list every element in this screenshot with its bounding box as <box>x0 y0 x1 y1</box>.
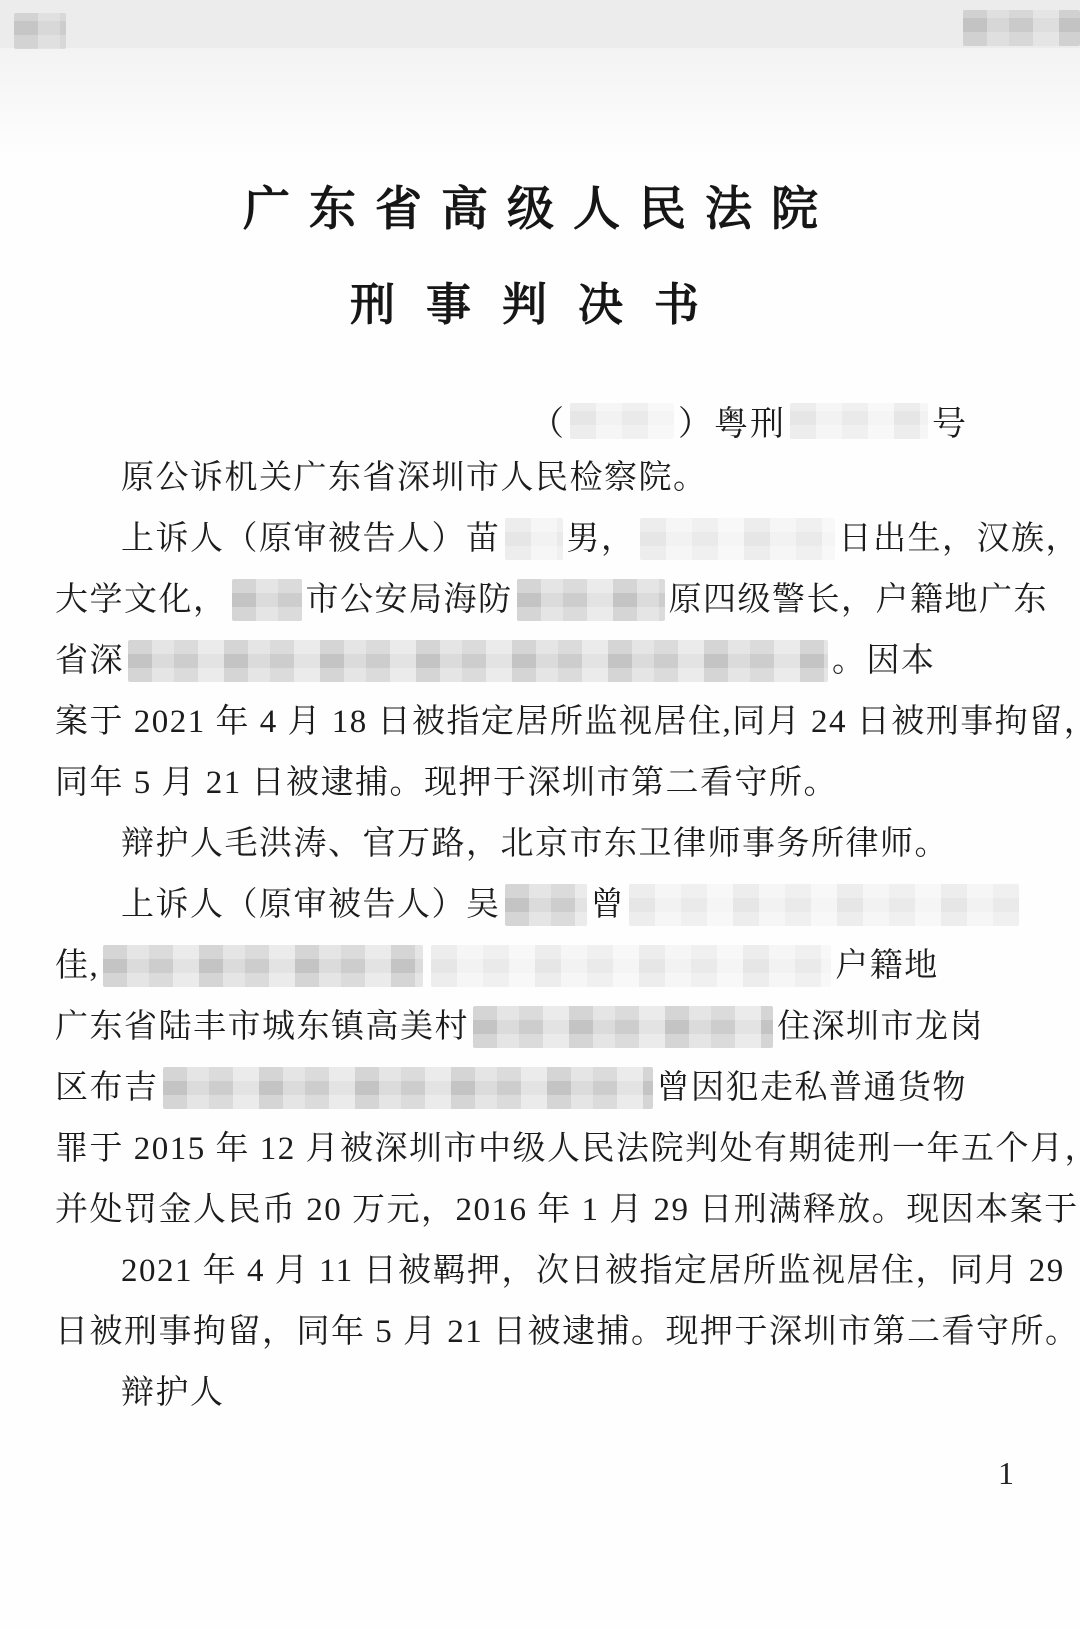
line-text: 案于 2021 年 4 月 18 日被指定居所监视居住,同月 24 日被刑事拘留… <box>55 704 1080 740</box>
line-text: 市公安局海防 <box>306 582 513 618</box>
line-text: 男， <box>567 521 636 557</box>
line-text: 日出生，汉族， <box>839 521 1080 557</box>
line-appellant-miao: 上诉人（原审被告人）苗男，日出生，汉族， <box>55 507 1020 568</box>
line-wu-custody: 2021 年 4 月 11 日被羁押，次日被指定居所监视居住，同月 29 <box>55 1239 1020 1300</box>
redaction-block <box>629 884 1019 926</box>
line-wu-household: 广东省陆丰市城东镇高美村住深圳市龙岗 <box>55 995 1020 1056</box>
redaction-block <box>505 518 563 560</box>
line-text: 并处罚金人民币 20 万元，2016 年 1 月 29 日刑满释放。现因本案于 <box>55 1192 1079 1228</box>
line-wu-arrest: 日被刑事拘留，同年 5 月 21 日被逮捕。现押于深圳市第二看守所。 <box>55 1300 1020 1361</box>
line-text: 户籍地 <box>835 948 939 984</box>
case-number-line: （）粤刑号 <box>530 396 968 445</box>
case-number-year-redaction <box>570 403 674 439</box>
redaction-block <box>128 640 828 682</box>
line-text: 辩护人毛洪涛、官万路，北京市东卫律师事务所律师。 <box>121 826 949 862</box>
line-text: 曾因犯走私普通货物 <box>657 1070 968 1106</box>
line-text: 原公诉机关广东省深圳市人民检察院。 <box>121 460 708 496</box>
case-number-digits-redaction <box>790 403 928 439</box>
court-name-title: 广东省高级人民法院 <box>0 172 1080 239</box>
line-prosecution-organ: 原公诉机关广东省深圳市人民检察院。 <box>55 446 1020 507</box>
scan-top-band <box>0 0 1080 48</box>
line-text: 上诉人（原审被告人）苗 <box>121 521 501 557</box>
line-wu-info-redacted: 佳,户籍地 <box>55 934 1020 995</box>
scan-top-fade <box>0 48 1080 158</box>
line-text: 同年 5 月 21 日被逮捕。现押于深圳市第二看守所。 <box>55 765 838 801</box>
redaction-block <box>473 1006 773 1048</box>
redaction-block <box>103 945 423 987</box>
line-miao-arrest: 同年 5 月 21 日被逮捕。现押于深圳市第二看守所。 <box>55 751 1020 812</box>
redaction-block <box>232 579 302 621</box>
line-text: 罪于 2015 年 12 月被深圳市中级人民法院判处有期徒刑一年五个月， <box>55 1131 1080 1167</box>
case-number-suffix: 号 <box>932 406 968 443</box>
line-text: 省深 <box>55 643 124 679</box>
line-text: 上诉人（原审被告人）吴 <box>121 887 501 923</box>
judgment-document-page: 广东省高级人民法院 刑事判决书 （）粤刑号 原公诉机关广东省深圳市人民检察院。上… <box>0 0 1080 1630</box>
line-text: 日被刑事拘留，同年 5 月 21 日被逮捕。现押于深圳市第二看守所。 <box>55 1314 1080 1350</box>
line-wu-prior-conviction: 罪于 2015 年 12 月被深圳市中级人民法院判处有期徒刑一年五个月， <box>55 1117 1020 1178</box>
case-number-open-paren: （ <box>530 406 566 443</box>
line-miao-education-position: 大学文化，市公安局海防原四级警长，户籍地广东 <box>55 568 1020 629</box>
line-text: 原四级警长，户籍地广东 <box>669 582 1049 618</box>
redaction-block <box>640 518 835 560</box>
scan-artifact-top-right <box>963 10 1080 46</box>
line-text: 住深圳市龙岗 <box>777 1009 984 1045</box>
document-type-title: 刑事判决书 <box>0 268 1080 333</box>
line-text: 广东省陆丰市城东镇高美村 <box>55 1009 469 1045</box>
line-text: 2021 年 4 月 11 日被羁押，次日被指定居所监视居住，同月 29 <box>121 1253 1065 1289</box>
line-text: 。因本 <box>832 643 936 679</box>
line-wu-residence-prior: 区布吉曾因犯走私普通货物 <box>55 1056 1020 1117</box>
line-wu-defender-partial: 辩护人 <box>55 1361 1020 1422</box>
line-text: 大学文化， <box>55 582 228 618</box>
line-appellant-wu: 上诉人（原审被告人）吴曾 <box>55 873 1020 934</box>
redaction-block <box>517 579 665 621</box>
line-text: 佳, <box>55 948 99 984</box>
document-body: 原公诉机关广东省深圳市人民检察院。上诉人（原审被告人）苗男，日出生，汉族，大学文… <box>55 446 1020 1422</box>
redaction-block <box>163 1067 653 1109</box>
line-text: 曾 <box>591 887 626 923</box>
line-miao-defenders: 辩护人毛洪涛、官万路，北京市东卫律师事务所律师。 <box>55 812 1020 873</box>
redaction-block <box>431 945 831 987</box>
line-text: 区布吉 <box>55 1070 159 1106</box>
line-text: 辩护人 <box>121 1375 225 1411</box>
redaction-block <box>505 884 587 926</box>
line-miao-address-redacted: 省深。因本 <box>55 629 1020 690</box>
line-miao-detention: 案于 2021 年 4 月 18 日被指定居所监视居住,同月 24 日被刑事拘留… <box>55 690 1020 751</box>
page-number: 1 <box>998 1455 1014 1492</box>
case-number-court-code: ）粤刑 <box>678 406 786 443</box>
line-wu-fine-release: 并处罚金人民币 20 万元，2016 年 1 月 29 日刑满释放。现因本案于 <box>55 1178 1020 1239</box>
scan-artifact-top-left <box>14 13 66 49</box>
